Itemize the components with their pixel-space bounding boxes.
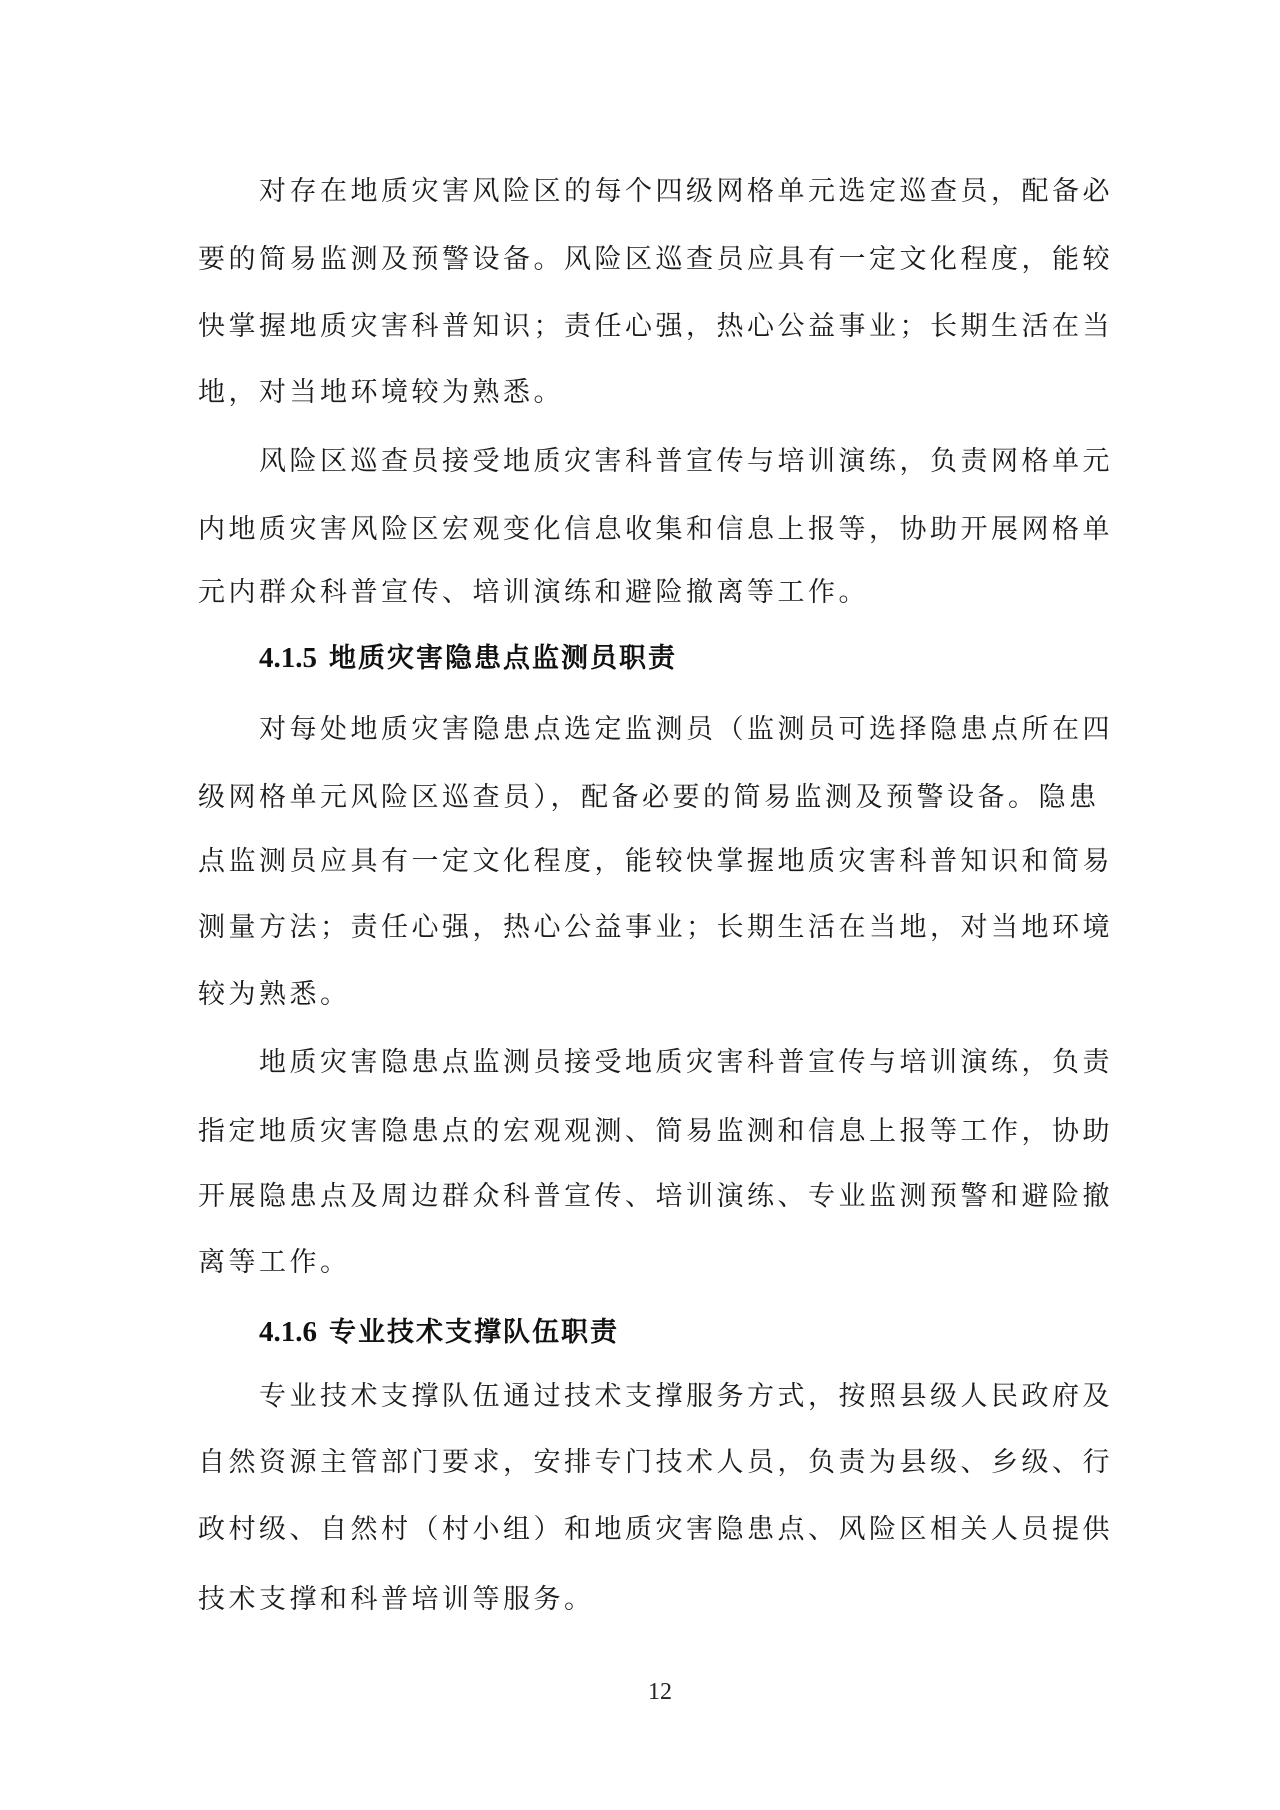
document-page: 对存在地质灾害风险区的每个四级网格单元选定巡查员，配备必 要的简易监测及预警设备…	[0, 0, 1280, 1810]
text-line: 开展隐患点及周边群众科普宣传、培训演练、专业监测预警和避险撤	[198, 1177, 1098, 1217]
text-line: 指定地质灾害隐患点的宏观观测、简易监测和信息上报等工作，协助	[198, 1112, 1098, 1152]
text-line: 地质灾害隐患点监测员接受地质灾害科普宣传与培训演练，负责	[259, 1043, 1159, 1083]
text-line: 技术支撑和科普培训等服务。	[198, 1580, 1098, 1620]
page-number: 12	[640, 1677, 680, 1707]
text-line: 内地质灾害风险区宏观变化信息收集和信息上报等，协助开展网格单	[198, 510, 1098, 550]
text-line: 对每处地质灾害隐患点选定监测员（监测员可选择隐患点所在四	[259, 710, 1159, 750]
text-line: 元内群众科普宣传、培训演练和避险撤离等工作。	[198, 573, 1098, 613]
section-heading-4-1-6: 4.1.6专业技术支撑队伍职责	[259, 1312, 619, 1352]
text-line: 自然资源主管部门要求，安排专门技术人员，负责为县级、乡级、行	[198, 1443, 1098, 1483]
section-number: 4.1.5	[259, 642, 317, 674]
text-line: 点监测员应具有一定文化程度，能较快掌握地质灾害科普知识和简易	[198, 842, 1098, 882]
text-line: 对存在地质灾害风险区的每个四级网格单元选定巡查员，配备必	[259, 172, 1159, 212]
section-title: 专业技术支撑队伍职责	[329, 1317, 619, 1348]
text-line: 级网格单元风险区巡查员），配备必要的简易监测及预警设备。隐患	[198, 778, 1098, 818]
text-line: 要的简易监测及预警设备。风险区巡查员应具有一定文化程度，能较	[198, 240, 1098, 280]
section-title: 地质灾害隐患点监测员职责	[329, 643, 677, 674]
text-line: 政村级、自然村（村小组）和地质灾害隐患点、风险区相关人员提供	[198, 1510, 1098, 1550]
text-line: 地，对当地环境较为熟悉。	[198, 373, 1098, 413]
text-line: 测量方法；责任心强，热心公益事业；长期生活在当地，对当地环境	[198, 908, 1098, 948]
text-line: 较为熟悉。	[198, 975, 1098, 1015]
section-heading-4-1-5: 4.1.5地质灾害隐患点监测员职责	[259, 638, 677, 678]
text-line: 专业技术支撑队伍通过技术支撑服务方式，按照县级人民政府及	[259, 1377, 1159, 1417]
text-line: 风险区巡查员接受地质灾害科普宣传与培训演练，负责网格单元	[259, 442, 1159, 482]
text-line: 离等工作。	[198, 1243, 1098, 1283]
section-number: 4.1.6	[259, 1316, 317, 1348]
text-line: 快掌握地质灾害科普知识；责任心强，热心公益事业；长期生活在当	[198, 307, 1098, 347]
